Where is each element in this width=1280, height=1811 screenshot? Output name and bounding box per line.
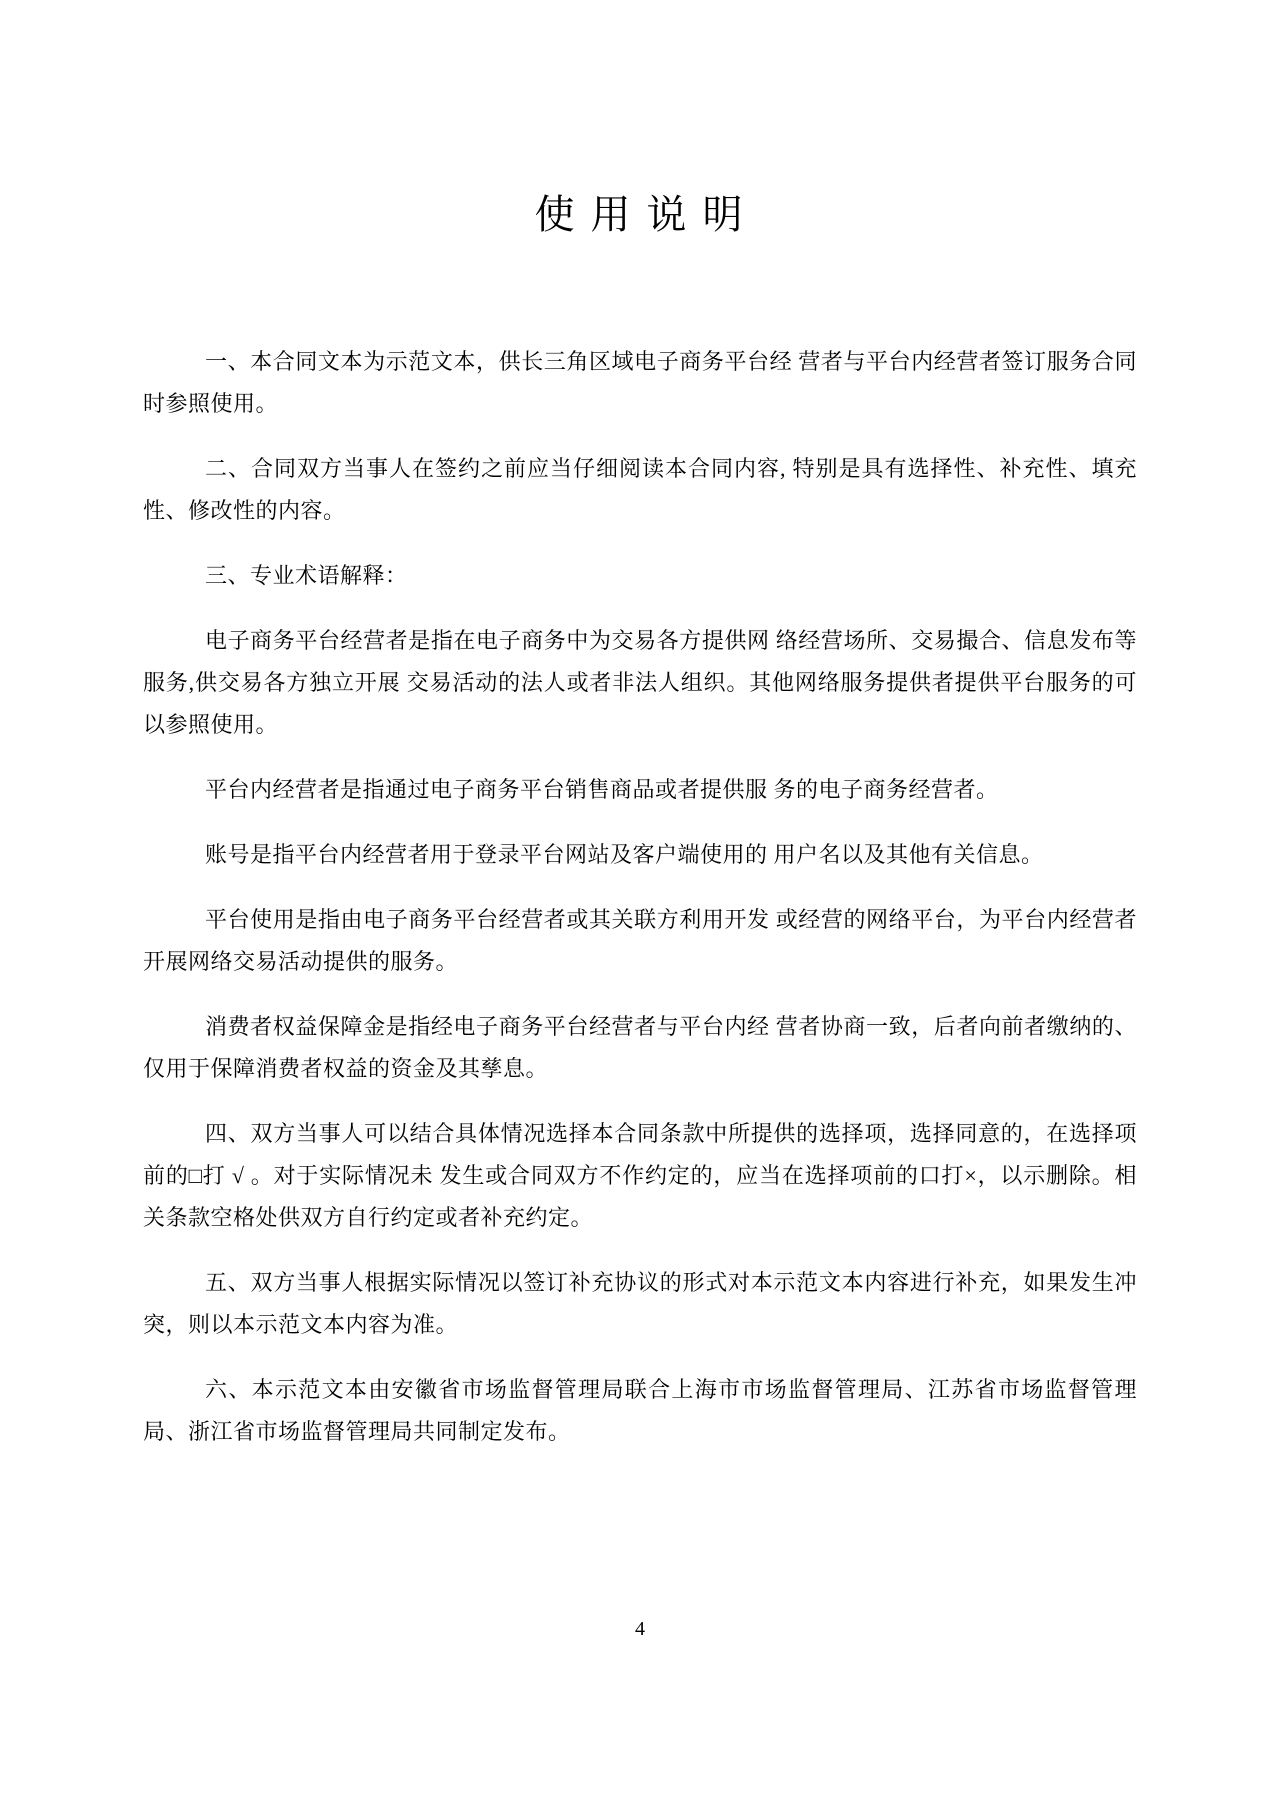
paragraph-8-consumer-deposit-definition: 消费者权益保障金是指经电子商务平台经营者与平台内经 营者协商一致，后者向前者缴纳… [143, 1006, 1137, 1090]
paragraph-2-read-carefully: 二、合同双方当事人在签约之前应当仔细阅读本合同内容, 特别是具有选择性、补充性、… [143, 448, 1137, 532]
page-footer: 4 [0, 1618, 1280, 1641]
document-page: 使 用 说 明 一、本合同文本为示范文本，供长三角区域电子商务平台经 营者与平台… [0, 0, 1280, 1811]
paragraph-6-account-definition: 账号是指平台内经营者用于登录平台网站及客户端使用的 用户名以及其他有关信息。 [143, 834, 1137, 876]
paragraph-7-platform-use-definition: 平台使用是指由电子商务平台经营者或其关联方利用开发 或经营的网络平台，为平台内经… [143, 899, 1137, 983]
paragraph-3-terms-heading: 三、专业术语解释： [143, 555, 1137, 597]
paragraph-10-supplementary-agreement: 五、双方当事人根据实际情况以签订补充协议的形式对本示范文本内容进行补充，如果发生… [143, 1262, 1137, 1346]
paragraph-11-issuing-authorities: 六、本示范文本由安徽省市场监督管理局联合上海市市场监督管理局、江苏省市场监督管理… [143, 1369, 1137, 1453]
page-number: 4 [635, 1618, 645, 1640]
paragraph-9-option-checkbox-rules: 四、双方当事人可以结合具体情况选择本合同条款中所提供的选择项，选择同意的，在选择… [143, 1113, 1137, 1239]
document-title: 使 用 说 明 [0, 0, 1280, 244]
document-body: 一、本合同文本为示范文本，供长三角区域电子商务平台经 营者与平台内经营者签订服务… [143, 244, 1137, 1453]
paragraph-4-platform-operator-definition: 电子商务平台经营者是指在电子商务中为交易各方提供网 络经营场所、交易撮合、信息发… [143, 620, 1137, 746]
paragraph-5-in-platform-operator-definition: 平台内经营者是指通过电子商务平台销售商品或者提供服 务的电子商务经营者。 [143, 769, 1137, 811]
paragraph-1-usage-scope: 一、本合同文本为示范文本，供长三角区域电子商务平台经 营者与平台内经营者签订服务… [143, 341, 1137, 425]
